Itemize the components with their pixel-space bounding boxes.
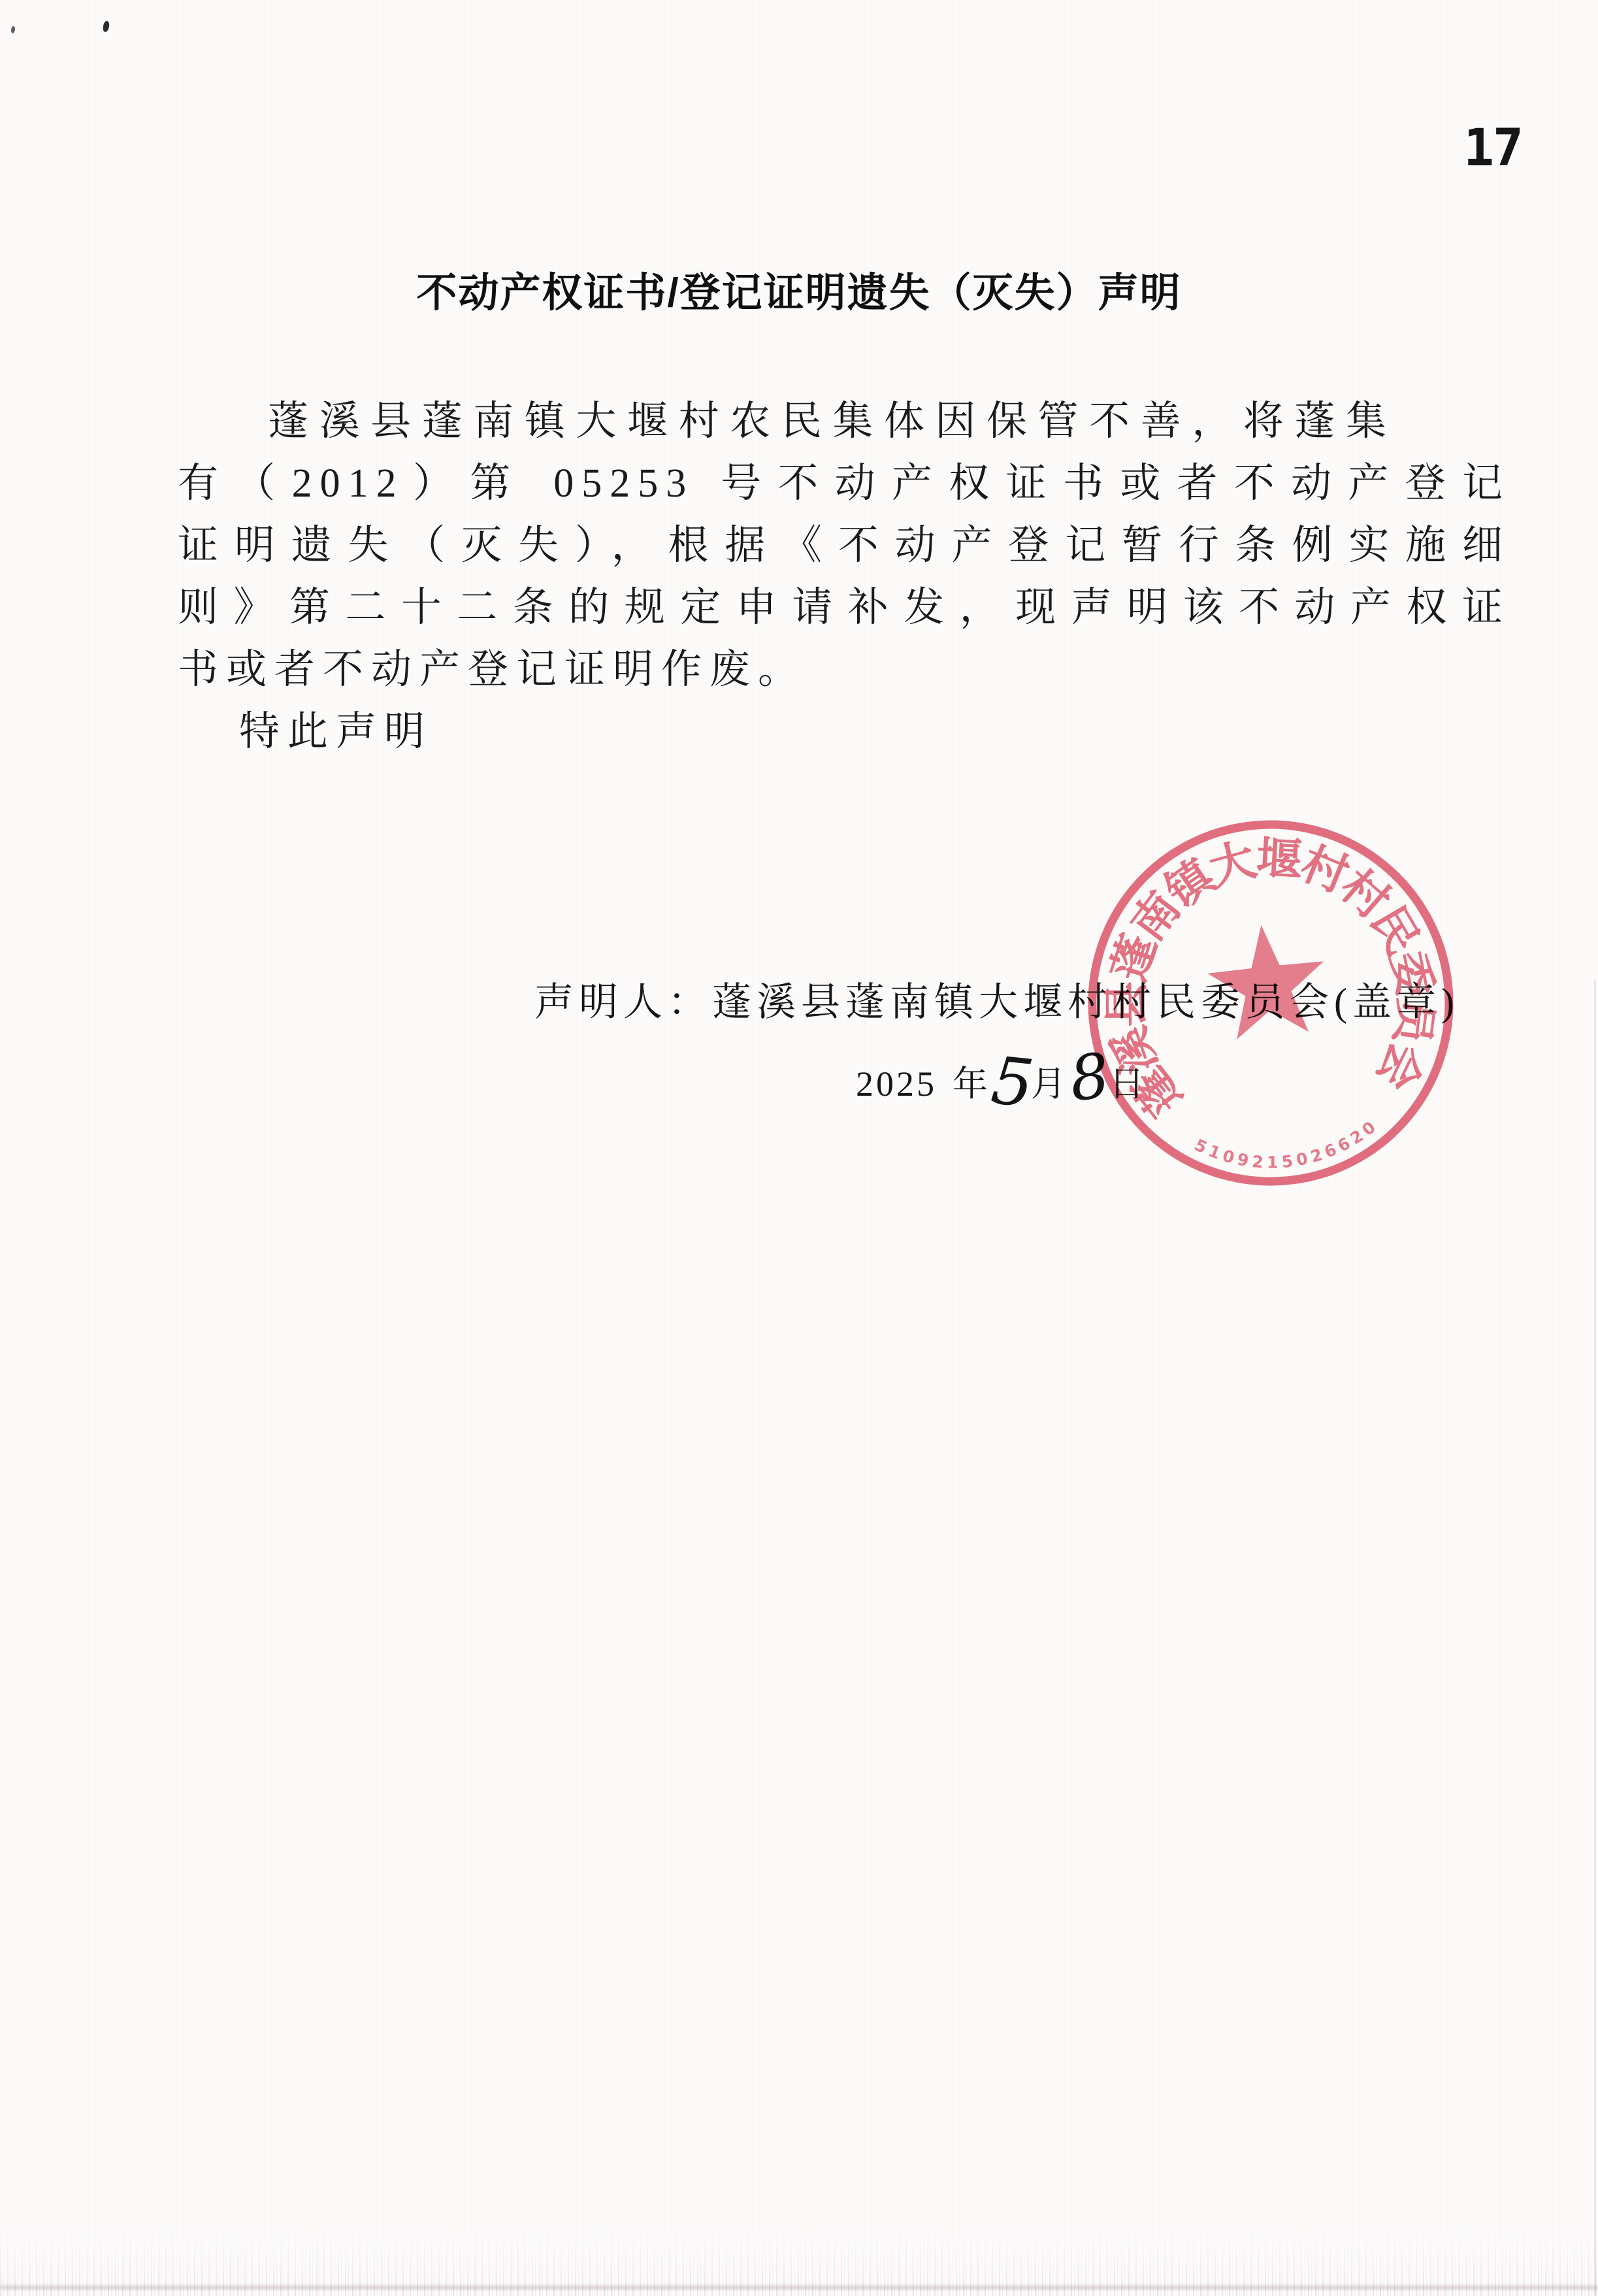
svg-text:2: 2 — [1251, 1152, 1264, 1172]
svg-text:9: 9 — [1235, 1150, 1250, 1171]
date-year-unit: 年 — [953, 1064, 990, 1104]
body-line: 则》第二十二条的规定申请补发，现声明该不动产权证 — [178, 577, 1510, 639]
svg-text:委: 委 — [1382, 947, 1440, 1002]
svg-text:1: 1 — [1206, 1141, 1224, 1163]
declaration-paragraph: 蓬溪县蓬南镇大堰村农民集体因保管不善，将蓬集 有（2012）第 05253 号不… — [178, 391, 1510, 763]
page-number: 17 — [1463, 119, 1522, 178]
svg-text:2: 2 — [1308, 1145, 1324, 1166]
body-line: 有（2012）第 05253 号不动产权证书或者不动产登记 — [178, 453, 1510, 515]
handwritten-month: 5 — [992, 1080, 1035, 1085]
svg-text:5: 5 — [1280, 1151, 1294, 1172]
body-line-closing: 特此声明 — [178, 701, 1510, 763]
body-line: 书或者不动产登记证明作废。 — [178, 639, 1510, 701]
scanned-document-page: 17 不动产权证书/登记证明遗失（灭失）声明 蓬溪县蓬南镇大堰村农民集体因保管不… — [0, 0, 1598, 2296]
scan-bottom-line-artifact — [0, 2286, 1598, 2289]
body-line: 证明遗失（灭失），根据《不动产登记暂行条例实施细 — [178, 515, 1510, 577]
scan-edge-artifact — [1594, 980, 1596, 2296]
svg-text:1: 1 — [1267, 1153, 1279, 1172]
seal-star-icon — [1203, 919, 1331, 1042]
body-line: 蓬溪县蓬南镇大堰村农民集体因保管不善，将蓬集 — [178, 391, 1510, 453]
official-seal: 蓬溪县蓬南镇大堰村村民委员会 5109215026620 — [1061, 793, 1481, 1213]
scan-speck-mark — [10, 26, 15, 34]
document-title: 不动产权证书/登记证明遗失（灭失）声明 — [0, 260, 1598, 318]
svg-text:0: 0 — [1220, 1146, 1236, 1168]
svg-text:县: 县 — [1102, 981, 1153, 1028]
date-year: 2025 — [856, 1064, 937, 1104]
svg-text:0: 0 — [1295, 1149, 1310, 1170]
scan-speck-mark — [102, 20, 110, 32]
